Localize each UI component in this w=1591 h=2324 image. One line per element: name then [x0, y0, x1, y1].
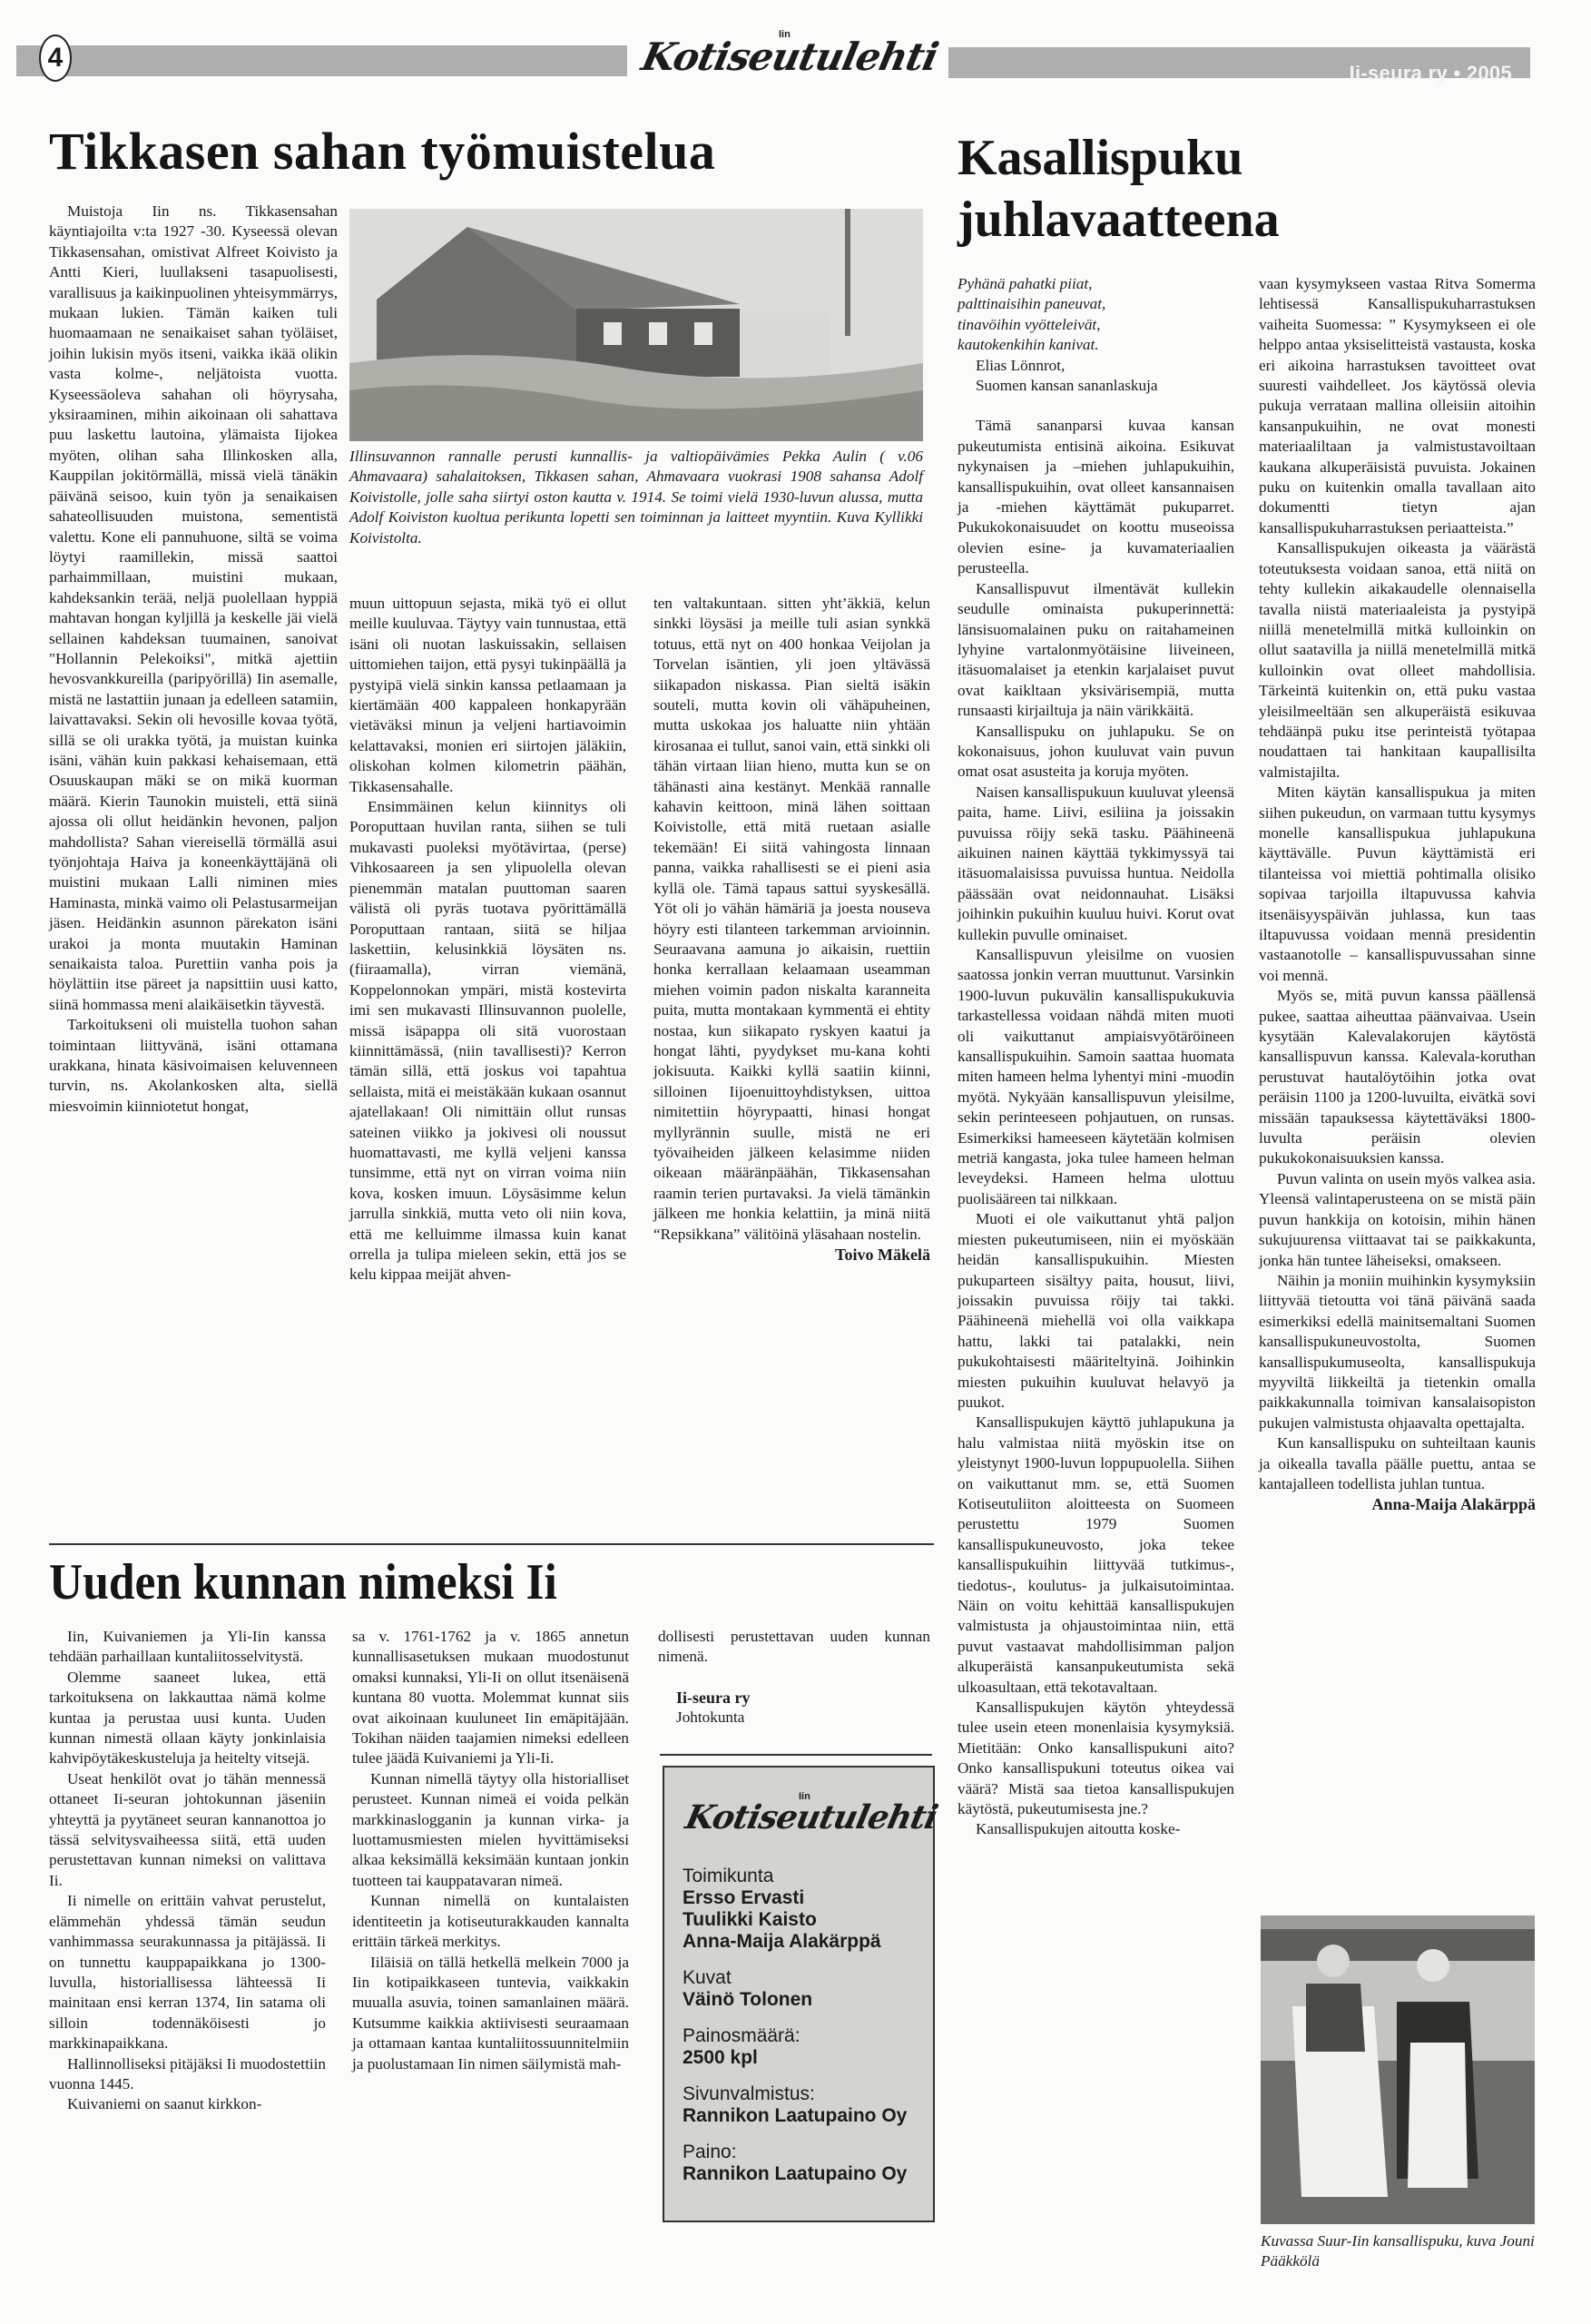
article2-column3: dollisesti perustettavan uuden kunnan ni…: [658, 1627, 930, 1728]
article-divider: [49, 1543, 934, 1545]
article2-headline: Uuden kunnan nimeksi Ii: [49, 1554, 557, 1610]
article1-byline: Toivo Mäkelä: [653, 1245, 930, 1265]
article3-epigraph: Pyhänä pahatki piiat, palttinaisihin pan…: [958, 274, 1234, 356]
article2-col2-paragraph: Kunnan nimellä täytyy olla historiallise…: [352, 1769, 629, 1891]
colophon-value: 2500 kpl: [683, 2047, 915, 2069]
article3-col2-paragraph: Näihin ja moniin muihinkin kysymyksiin l…: [1259, 1271, 1536, 1433]
page-number-badge: 4: [39, 34, 72, 82]
article3-col1-paragraph: Kansallispukujen aitoutta koske-: [958, 1819, 1234, 1839]
masthead-bar-left: [16, 45, 627, 76]
article3-col1-paragraph: Tämä sananparsi kuvaa kansan pukeutumist…: [958, 416, 1234, 578]
national-costume-image: [1261, 1915, 1535, 2224]
article2-signature-org: Ii-seura ry: [676, 1688, 930, 1708]
article3-col1-paragraph: Naisen kansallispukuun kuuluvat yleensä …: [958, 783, 1234, 945]
colophon-value: Anna-Maija Alakärppä: [683, 1931, 915, 1953]
colophon-value: Rannikon Laatupaino Oy: [683, 2163, 915, 2185]
masthead: 4 Iin Kotiseutulehti Ii-seura ry • 2005: [16, 34, 1530, 89]
colophon-value: Ersso Ervasti: [683, 1887, 915, 1909]
colophon-section-print-run: Painosmäärä: 2500 kpl: [683, 2025, 915, 2069]
masthead-bar-right: Ii-seura ry • 2005: [948, 47, 1530, 78]
epigraph-line: kautokenkihin kanivat.: [958, 335, 1234, 355]
colophon-section-committee: Toimikunta Ersso Ervasti Tuulikki Kaisto…: [683, 1866, 915, 1953]
article1-column3: ten valtakuntaan. sitten yht’äkkiä, kelu…: [653, 594, 930, 1265]
article1-col2-paragraph: muun uittopuun sejasta, mikä työ ei ollu…: [349, 594, 626, 797]
colophon-label: Painosmäärä:: [683, 2025, 915, 2047]
colophon-label: Paino:: [683, 2142, 915, 2163]
article1-col1-paragraph: Tarkoitukseni oli muistella tuohon sahan…: [49, 1015, 338, 1117]
article3-col2-paragraph: Kansallispukujen oikeasta ja väärästä to…: [1259, 538, 1536, 783]
epigraph-line: tinavöihin vyötteleivät,: [958, 315, 1234, 335]
colophon-section-printer: Paino: Rannikon Laatupaino Oy: [683, 2142, 915, 2185]
article3-headline: Kasallispuku juhlavaatteena: [958, 127, 1280, 251]
article3-col1-paragraph: Muoti ei ole vaikuttanut yhtä paljon mie…: [958, 1209, 1234, 1413]
costume-photo: [1261, 1915, 1535, 2224]
colophon-value: Väinö Tolonen: [683, 1989, 915, 2011]
epigraph-author: Elias Lönnrot,: [958, 356, 1234, 376]
colophon-logo: Iin Kotiseutulehti: [683, 1787, 915, 1851]
sawmill-photo-caption: Illinsuvannon rannalle perusti kunnallis…: [349, 447, 923, 548]
article2-col2-paragraph: Iiläisiä on tällä hetkellä melkein 7000 …: [352, 1953, 629, 2074]
sawmill-building-image: [349, 209, 923, 441]
article2-signature-sub: Johtokunta: [676, 1708, 930, 1728]
article3-col2-paragraph: Miten käytän kansallispukua ja miten sii…: [1259, 783, 1536, 986]
article2-col2-paragraph: sa v. 1761-1762 ja v. 1865 annetun kunna…: [352, 1627, 629, 1769]
article3-col2-paragraph: Puvun valinta on usein myös valkea asia.…: [1259, 1169, 1536, 1271]
article3-byline: Anna-Maija Alakärppä: [1259, 1494, 1536, 1514]
article3-column2: vaan kysymykseen vastaa Ritva Somerma le…: [1259, 274, 1536, 1515]
article3-col2-paragraph: Myös se, mitä puvun kanssa päällensä puk…: [1259, 986, 1536, 1169]
article1-column1: Muistoja Iin ns. Tikkasensahan käyntiajo…: [49, 202, 338, 1117]
issue-label: Ii-seura ry • 2005: [1350, 62, 1512, 85]
epigraph-source: Suomen kansan sananlaskuja: [958, 376, 1234, 396]
article1-col1-paragraph: Muistoja Iin ns. Tikkasensahan käyntiajo…: [49, 202, 338, 1015]
colophon-label: Toimikunta: [683, 1866, 915, 1887]
article1-column2: muun uittopuun sejasta, mikä työ ei ollu…: [349, 594, 626, 1285]
colophon-value: Tuulikki Kaisto: [683, 1909, 915, 1931]
colophon-box: Iin Kotiseutulehti Toimikunta Ersso Erva…: [663, 1766, 935, 2222]
article3-headline-line2: juhlavaatteena: [958, 189, 1280, 251]
article1-headline: Tikkasen sahan työmuistelua: [49, 123, 715, 181]
article2-col3-paragraph: dollisesti perustettavan uuden kunnan ni…: [658, 1627, 930, 1668]
article2-col2-paragraph: Kunnan nimellä on kuntalaisten identitee…: [352, 1891, 629, 1952]
logo-main-text: Kotiseutulehti: [638, 34, 942, 79]
epigraph-line: Pyhänä pahatki piiat,: [958, 274, 1234, 294]
epigraph-line: palttinaisihin paneuvat,: [958, 294, 1234, 314]
article2-column1: Iin, Kuivaniemen ja Yli-Iin kanssa tehdä…: [49, 1627, 326, 2115]
colophon-section-photos: Kuvat Väinö Tolonen: [683, 1967, 915, 2011]
colophon-label: Sivunvalmistus:: [683, 2083, 915, 2105]
article2-column2: sa v. 1761-1762 ja v. 1865 annetun kunna…: [352, 1627, 629, 2074]
article3-col1-paragraph: Kansallispukujen käyttö juhlapukuna ja h…: [958, 1413, 1234, 1698]
signature-divider: [660, 1754, 932, 1756]
article3-col1-paragraph: Kansallispuvun yleisilme on vuosien saat…: [958, 945, 1234, 1209]
article2-col1-paragraph: Olemme saaneet lukea, että tarkoituksena…: [49, 1668, 326, 1769]
colophon-value: Rannikon Laatupaino Oy: [683, 2105, 915, 2127]
sawmill-photo: [349, 209, 923, 441]
article3-column1: Pyhänä pahatki piiat, palttinaisihin pan…: [958, 274, 1234, 1840]
article3-col1-paragraph: Kansallispuvut ilmentävät kullekin seudu…: [958, 579, 1234, 722]
masthead-logo: Iin Kotiseutulehti: [643, 29, 942, 87]
article1-col2-paragraph: Ensimmäinen kelun kiinnitys oli Poroputt…: [349, 797, 626, 1285]
colophon-section-layout: Sivunvalmistus: Rannikon Laatupaino Oy: [683, 2083, 915, 2127]
colophon-label: Kuvat: [683, 1967, 915, 1989]
article3-headline-line1: Kasallispuku: [958, 127, 1280, 189]
costume-photo-caption: Kuvassa Suur-Iin kansallispuku, kuva Jou…: [1261, 2231, 1535, 2272]
article2-col1-paragraph: Kuivaniemi on saanut kirkkon-: [49, 2094, 326, 2114]
article1-col3-paragraph: ten valtakuntaan. sitten yht’äkkiä, kelu…: [653, 594, 930, 1245]
colophon-logo-main: Kotiseutulehti: [683, 1798, 941, 1837]
article2-col1-paragraph: Iin, Kuivaniemen ja Yli-Iin kanssa tehdä…: [49, 1627, 326, 1668]
article3-col2-paragraph: Kun kansallispuku on suhteiltaan kaunis …: [1259, 1433, 1536, 1494]
article2-col1-paragraph: Hallinnolliseksi pitäjäksi Ii muodostett…: [49, 2054, 326, 2095]
article2-col1-paragraph: Useat henkilöt ovat jo tähän mennessä ot…: [49, 1769, 326, 1891]
article3-col1-paragraph: Kansallispuku on juhlapuku. Se on kokona…: [958, 722, 1234, 783]
article3-col2-paragraph: vaan kysymykseen vastaa Ritva Somerma le…: [1259, 274, 1536, 538]
article2-col1-paragraph: Ii nimelle on erittäin vahvat perustelut…: [49, 1891, 326, 2053]
article3-col1-paragraph: Kansallispukujen käytön yhteydessä tulee…: [958, 1698, 1234, 1819]
